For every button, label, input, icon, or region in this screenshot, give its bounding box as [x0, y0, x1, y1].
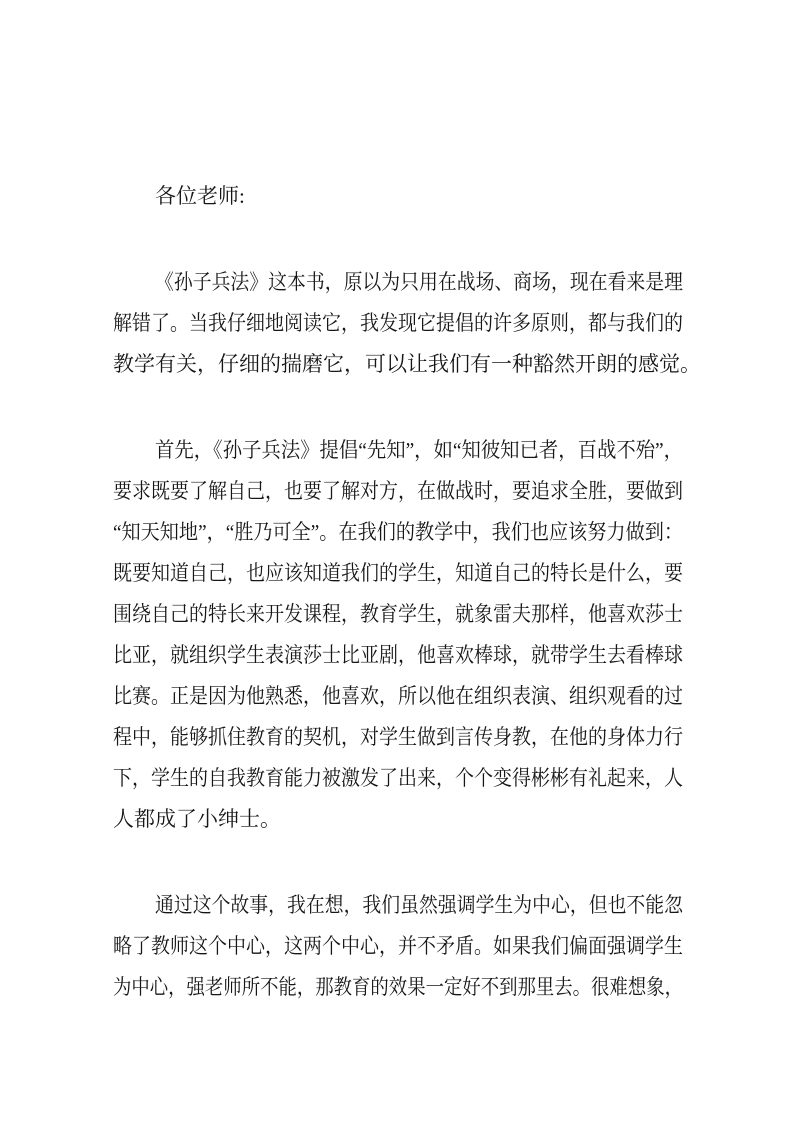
text-line: 人都成了小绅士。	[113, 799, 683, 840]
paragraph-2: 首先，《孙子兵法》提倡“先知”，如“知彼知已者，百战不殆”， 要求既要了解自己，…	[113, 430, 683, 840]
text-line-content: 首先，《孙子兵法》提倡“先知”，如“知彼知已者，百战不殆”，	[155, 430, 683, 471]
text-line-content: 程中，能够抓住教育的契机，对学生做到言传身教，在他的身体力行	[113, 717, 683, 758]
text-line: 比亚，就组织学生表演莎士比亚剧，他喜欢棒球，就带学生去看棒球	[113, 635, 683, 676]
text-line: 比赛。正是因为他熟悉，他喜欢，所以他在组织表演、组织观看的过	[113, 676, 683, 717]
text-line-content: 略了教师这个中心，这两个中心，并不矛盾。如果我们偏面强调学生	[113, 926, 683, 967]
text-line: 通过这个故事，我在想，我们虽然强调学生为中心，但也不能忽	[113, 885, 683, 926]
paragraph-3: 通过这个故事，我在想，我们虽然强调学生为中心，但也不能忽 略了教师这个中心，这两…	[113, 885, 683, 1008]
text-line-content: 解错了。当我仔细地阅读它，我发现它提倡的许多原则，都与我们的	[113, 303, 683, 344]
text-line: 解错了。当我仔细地阅读它，我发现它提倡的许多原则，都与我们的	[113, 303, 683, 344]
text-line: 既要知道自己，也应该知道我们的学生，知道自己的特长是什么，要	[113, 553, 683, 594]
text-line: 围绕自己的特长来开发课程，教育学生，就象雷夫那样，他喜欢莎士	[113, 594, 683, 635]
paragraph-1: 《孙子兵法》这本书，原以为只用在战场、商场，现在看来是理 解错了。当我仔细地阅读…	[113, 262, 683, 385]
text-line-content: 下，学生的自我教育能力被激发了出来，个个变得彬彬有礼起来，人	[113, 758, 683, 799]
text-line: 教学有关，仔细的揣磨它，可以让我们有一种豁然开朗的感觉。	[113, 344, 683, 385]
text-line: 下，学生的自我教育能力被激发了出来，个个变得彬彬有礼起来，人	[113, 758, 683, 799]
text-line: “知天知地”，“胜乃可全”。在我们的教学中，我们也应该努力做到：	[113, 512, 683, 553]
text-line-content: 要求既要了解自己，也要了解对方，在做战时，要追求全胜，要做到	[113, 471, 683, 512]
text-line-content: 人都成了小绅士。	[113, 799, 281, 840]
text-line-content: 围绕自己的特长来开发课程，教育学生，就象雷夫那样，他喜欢莎士	[113, 594, 683, 635]
document-content: 各位老师: 《孙子兵法》这本书，原以为只用在战场、商场，现在看来是理 解错了。当…	[113, 176, 683, 1053]
text-line-content: 比赛。正是因为他熟悉，他喜欢，所以他在组织表演、组织观看的过	[113, 676, 683, 717]
text-line: 要求既要了解自己，也要了解对方，在做战时，要追求全胜，要做到	[113, 471, 683, 512]
text-line: 略了教师这个中心，这两个中心，并不矛盾。如果我们偏面强调学生	[113, 926, 683, 967]
text-line: 程中，能够抓住教育的契机，对学生做到言传身教，在他的身体力行	[113, 717, 683, 758]
document-page: 各位老师: 《孙子兵法》这本书，原以为只用在战场、商场，现在看来是理 解错了。当…	[0, 0, 793, 1122]
salutation-text: 各位老师:	[155, 176, 245, 217]
text-line: 首先，《孙子兵法》提倡“先知”，如“知彼知已者，百战不殆”，	[113, 430, 683, 471]
text-line-content: 通过这个故事，我在想，我们虽然强调学生为中心，但也不能忽	[155, 885, 683, 926]
text-line: 《孙子兵法》这本书，原以为只用在战场、商场，现在看来是理	[113, 262, 683, 303]
text-line-content: 教学有关，仔细的揣磨它，可以让我们有一种豁然开朗的感觉。	[113, 344, 701, 385]
text-line-content: 《孙子兵法》这本书，原以为只用在战场、商场，现在看来是理	[155, 262, 683, 303]
text-line-content: 既要知道自己，也应该知道我们的学生，知道自己的特长是什么，要	[113, 553, 683, 594]
text-line: 为中心，强老师所不能，那教育的效果一定好不到那里去。很难想象，	[113, 967, 683, 1008]
text-line-content: 比亚，就组织学生表演莎士比亚剧，他喜欢棒球，就带学生去看棒球	[113, 635, 683, 676]
text-line-content: “知天知地”，“胜乃可全”。在我们的教学中，我们也应该努力做到：	[113, 512, 683, 553]
salutation-line: 各位老师:	[113, 176, 683, 217]
salutation-block: 各位老师:	[113, 176, 683, 217]
text-line-content: 为中心，强老师所不能，那教育的效果一定好不到那里去。很难想象，	[113, 967, 683, 1008]
